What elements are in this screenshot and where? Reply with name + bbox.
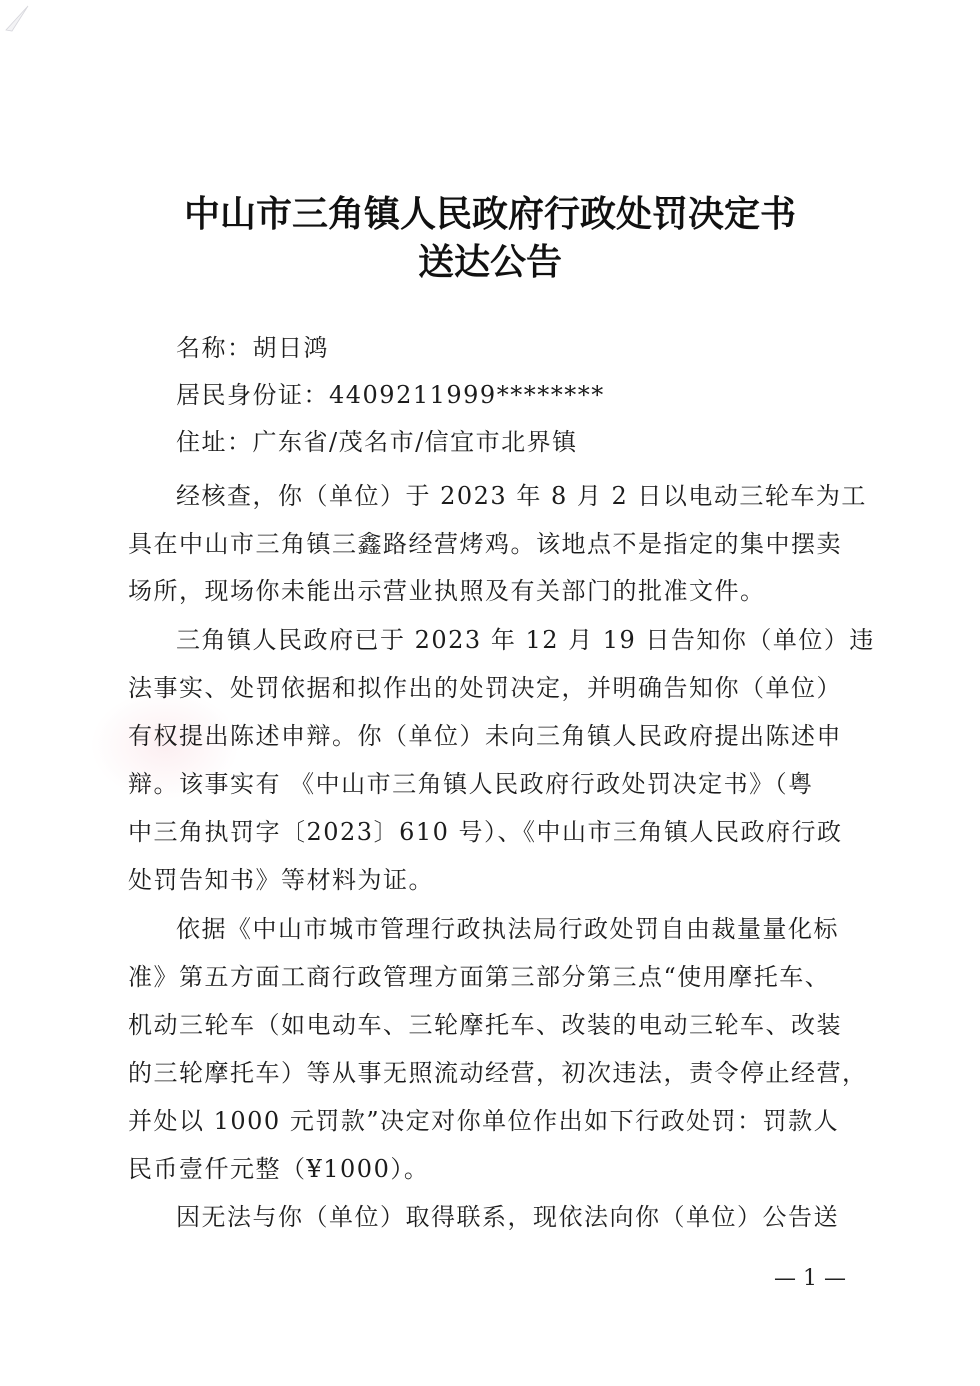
body-line: 依据《中山市城市管理行政执法局行政处罚自由裁量量化标	[176, 914, 906, 944]
document-subtitle: 送达公告	[0, 234, 980, 285]
body-line: 民币壹仟元整（¥1000）。	[128, 1154, 858, 1184]
body-line: 辩。该事实有 《中山市三角镇人民政府行政处罚决定书》（粤	[128, 769, 858, 799]
field-id-number: 居民身份证：4409211999********	[176, 380, 906, 410]
id-value: 4409211999********	[329, 381, 605, 409]
page-curl-icon	[4, 4, 30, 34]
body-line: 的三轮摩托车）等从事无照流动经营，初次违法，责令停止经营，	[128, 1058, 858, 1088]
address-label: 住址：	[176, 428, 253, 456]
body-line: 机动三轮车（如电动车、三轮摩托车、改装的电动三轮车、改装	[128, 1010, 858, 1040]
body-line: 并处以 1000 元罚款”决定对你单位作出如下行政处罚：罚款人	[128, 1106, 858, 1136]
name-label: 名称：	[176, 334, 253, 362]
page-number: — 1 —	[760, 1266, 860, 1291]
body-line: 具在中山市三角镇三鑫路经营烤鸡。该地点不是指定的集中摆卖	[128, 529, 858, 559]
name-value: 胡日鸿	[253, 334, 330, 362]
field-address: 住址：广东省/茂名市/信宜市北界镇	[176, 427, 906, 457]
body-line: 法事实、处罚依据和拟作出的处罚决定，并明确告知你（单位）	[128, 673, 858, 703]
id-label: 居民身份证：	[176, 381, 329, 409]
document-title: 中山市三角镇人民政府行政处罚决定书	[0, 186, 980, 237]
body-line: 经核查，你（单位）于 2023 年 8 月 2 日以电动三轮车为工	[176, 481, 906, 511]
body-line: 有权提出陈述申辩。你（单位）未向三角镇人民政府提出陈述申	[128, 721, 858, 751]
field-name: 名称：胡日鸿	[176, 333, 906, 363]
body-line: 准》第五方面工商行政管理方面第三部分第三点“使用摩托车、	[128, 962, 858, 992]
body-line: 三角镇人民政府已于 2023 年 12 月 19 日告知你（单位）违	[176, 625, 906, 655]
body-line: 场所，现场你未能出示营业执照及有关部门的批准文件。	[128, 576, 858, 606]
body-line: 因无法与你（单位）取得联系，现依法向你（单位）公告送	[176, 1202, 906, 1232]
body-line: 中三角执罚字〔2023〕610 号）、《中山市三角镇人民政府行政	[128, 817, 858, 847]
address-value: 广东省/茂名市/信宜市北界镇	[253, 428, 578, 456]
body-line: 处罚告知书》等材料为证。	[128, 865, 858, 895]
